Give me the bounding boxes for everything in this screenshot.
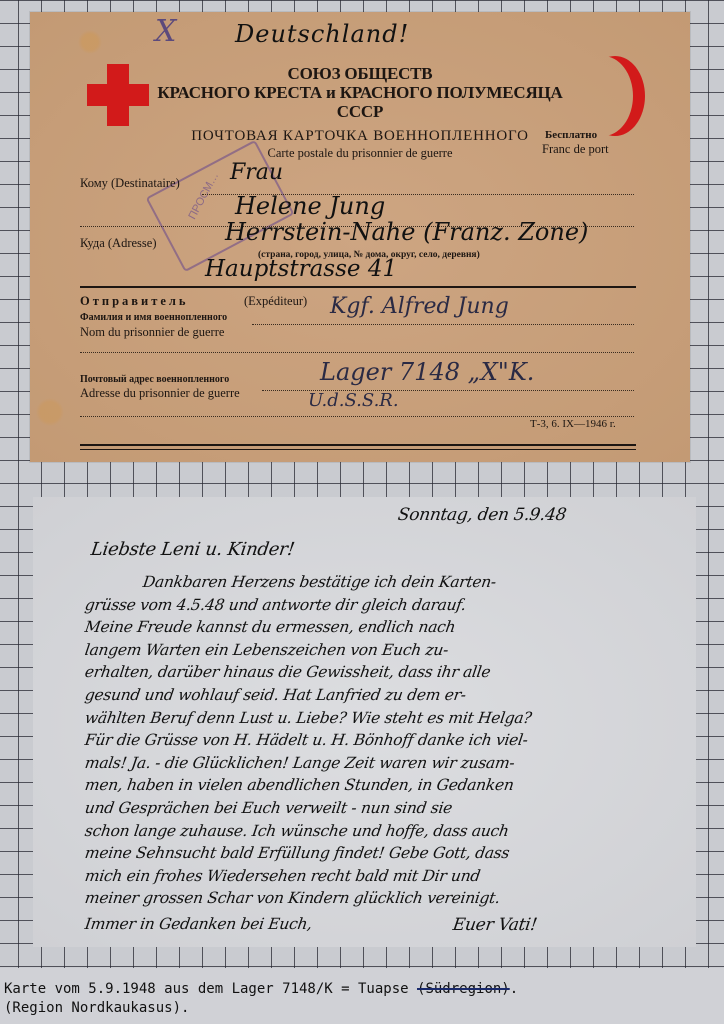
- letter-line: mich ein frohes Wiedersehen recht bald m…: [84, 867, 482, 885]
- org-title-line-3: СССР: [150, 102, 570, 121]
- letter-closing-left: Immer in Gedanken bei Euch,: [84, 915, 313, 933]
- letter-line: men, haben in vielen abendlichen Stunden…: [84, 776, 515, 794]
- recipient-label: Кому (Destinataire): [80, 176, 180, 191]
- letter-line: grüsse vom 4.5.48 und antworte dir gleic…: [84, 596, 467, 614]
- sender-label-ru: Отправитель: [80, 294, 189, 309]
- caption-line-1-end: .: [510, 981, 518, 997]
- red-cross-icon: [87, 64, 149, 126]
- address-line-2: Hauptstrasse 41: [205, 256, 397, 282]
- letter-line: mals! Ja. - die Glücklichen! Lange Zeit …: [84, 754, 516, 772]
- dotted-line: [80, 416, 634, 417]
- letter-line: meiner grossen Schar von Kindern glückli…: [84, 889, 501, 907]
- sender-name: Kgf. Alfred Jung: [330, 294, 509, 319]
- pow-address-label-fr: Adresse du prisonnier de guerre: [80, 386, 240, 401]
- letter-line: erhalten, darüber hinaus die Gewissheit,…: [84, 663, 492, 681]
- letter-line: gesund und wohlauf seid. Hat Lanfried zu…: [84, 686, 467, 704]
- caption-line-2: (Region Nordkaukasus).: [4, 1000, 189, 1016]
- caption-struck-text: (Südregion): [417, 981, 510, 997]
- bottom-rule: [80, 449, 636, 450]
- letter-line: langem Warten ein Lebenszeichen von Euch…: [84, 641, 450, 659]
- pow-address-label-ru: Почтовый адрес военнопленного: [80, 374, 229, 385]
- sender-name-label-fr: Nom du prisonnier de guerre: [80, 325, 224, 340]
- bottom-rule: [80, 444, 636, 446]
- letter-line: schon lange zuhause. Ich wünsche und hof…: [84, 822, 510, 840]
- sender-name-label-ru: Фамилия и имя военнопленного: [80, 312, 227, 323]
- postage-free-fr: Franc de port: [542, 142, 609, 157]
- org-title-line-1: СОЮЗ ОБЩЕСТВ: [150, 64, 570, 83]
- letter-line: Dankbaren Herzens bestätige ich dein Kar…: [142, 573, 497, 591]
- org-title-line-2: КРАСНОГО КРЕСТА и КРАСНОГО ПОЛУМЕСЯЦА: [150, 83, 570, 102]
- address-label: Куда (Adresse): [80, 236, 156, 251]
- letter-line: meine Sehnsucht bald Erfüllung findet! G…: [84, 844, 511, 862]
- dotted-line: [80, 352, 634, 353]
- sender-label-fr: (Expéditeur): [244, 294, 307, 309]
- postage-free-ru: Бесплатно: [545, 129, 597, 141]
- letter-line: wählten Beruf denn Lust u. Liebe? Wie st…: [84, 709, 533, 727]
- caption-line-1: Karte vom 5.9.1948 aus dem Lager 7148/K …: [4, 981, 417, 997]
- letter-signature: Euer Vati!: [452, 915, 539, 935]
- letter-line: und Gesprächen bei Euch verweilt - nun s…: [84, 799, 454, 817]
- recipient-line-1: Frau: [230, 160, 283, 185]
- print-code: Т-3, 6. IX—1946 г.: [530, 418, 616, 430]
- letter-line: Für die Grüsse von H. Hädelt u. H. Bönho…: [84, 731, 529, 749]
- pow-address-line-2: U.d.S.S.R.: [308, 390, 399, 411]
- recipient-line-2: Helene Jung: [235, 192, 385, 220]
- section-divider: [80, 286, 636, 288]
- pow-postcard: X Deutschland! СОЮЗ ОБЩЕСТВ КРАСНОГО КРЕ…: [30, 12, 690, 462]
- red-crescent-icon: [573, 56, 633, 136]
- letter-line: Meine Freude kannst du ermessen, endlich…: [84, 618, 457, 636]
- pow-address-line-1: Lager 7148 „X"K.: [320, 358, 534, 386]
- handwritten-mark: X: [155, 14, 176, 49]
- address-line-1: Herrstein-Nahe (Franz. Zone): [225, 218, 588, 246]
- letter-page: Sonntag, den 5.9.48 Liebste Leni u. Kind…: [33, 497, 696, 947]
- dotted-line: [252, 324, 634, 325]
- letter-date: Sonntag, den 5.9.48: [397, 505, 568, 525]
- letter-salutation: Liebste Leni u. Kinder!: [90, 539, 296, 560]
- handwritten-country: Deutschland!: [235, 20, 409, 48]
- album-caption: Karte vom 5.9.1948 aus dem Lager 7148/K …: [4, 980, 720, 1018]
- card-title: ПОЧТОВАЯ КАРТОЧКА ВОЕННОПЛЕННОГО: [170, 128, 550, 145]
